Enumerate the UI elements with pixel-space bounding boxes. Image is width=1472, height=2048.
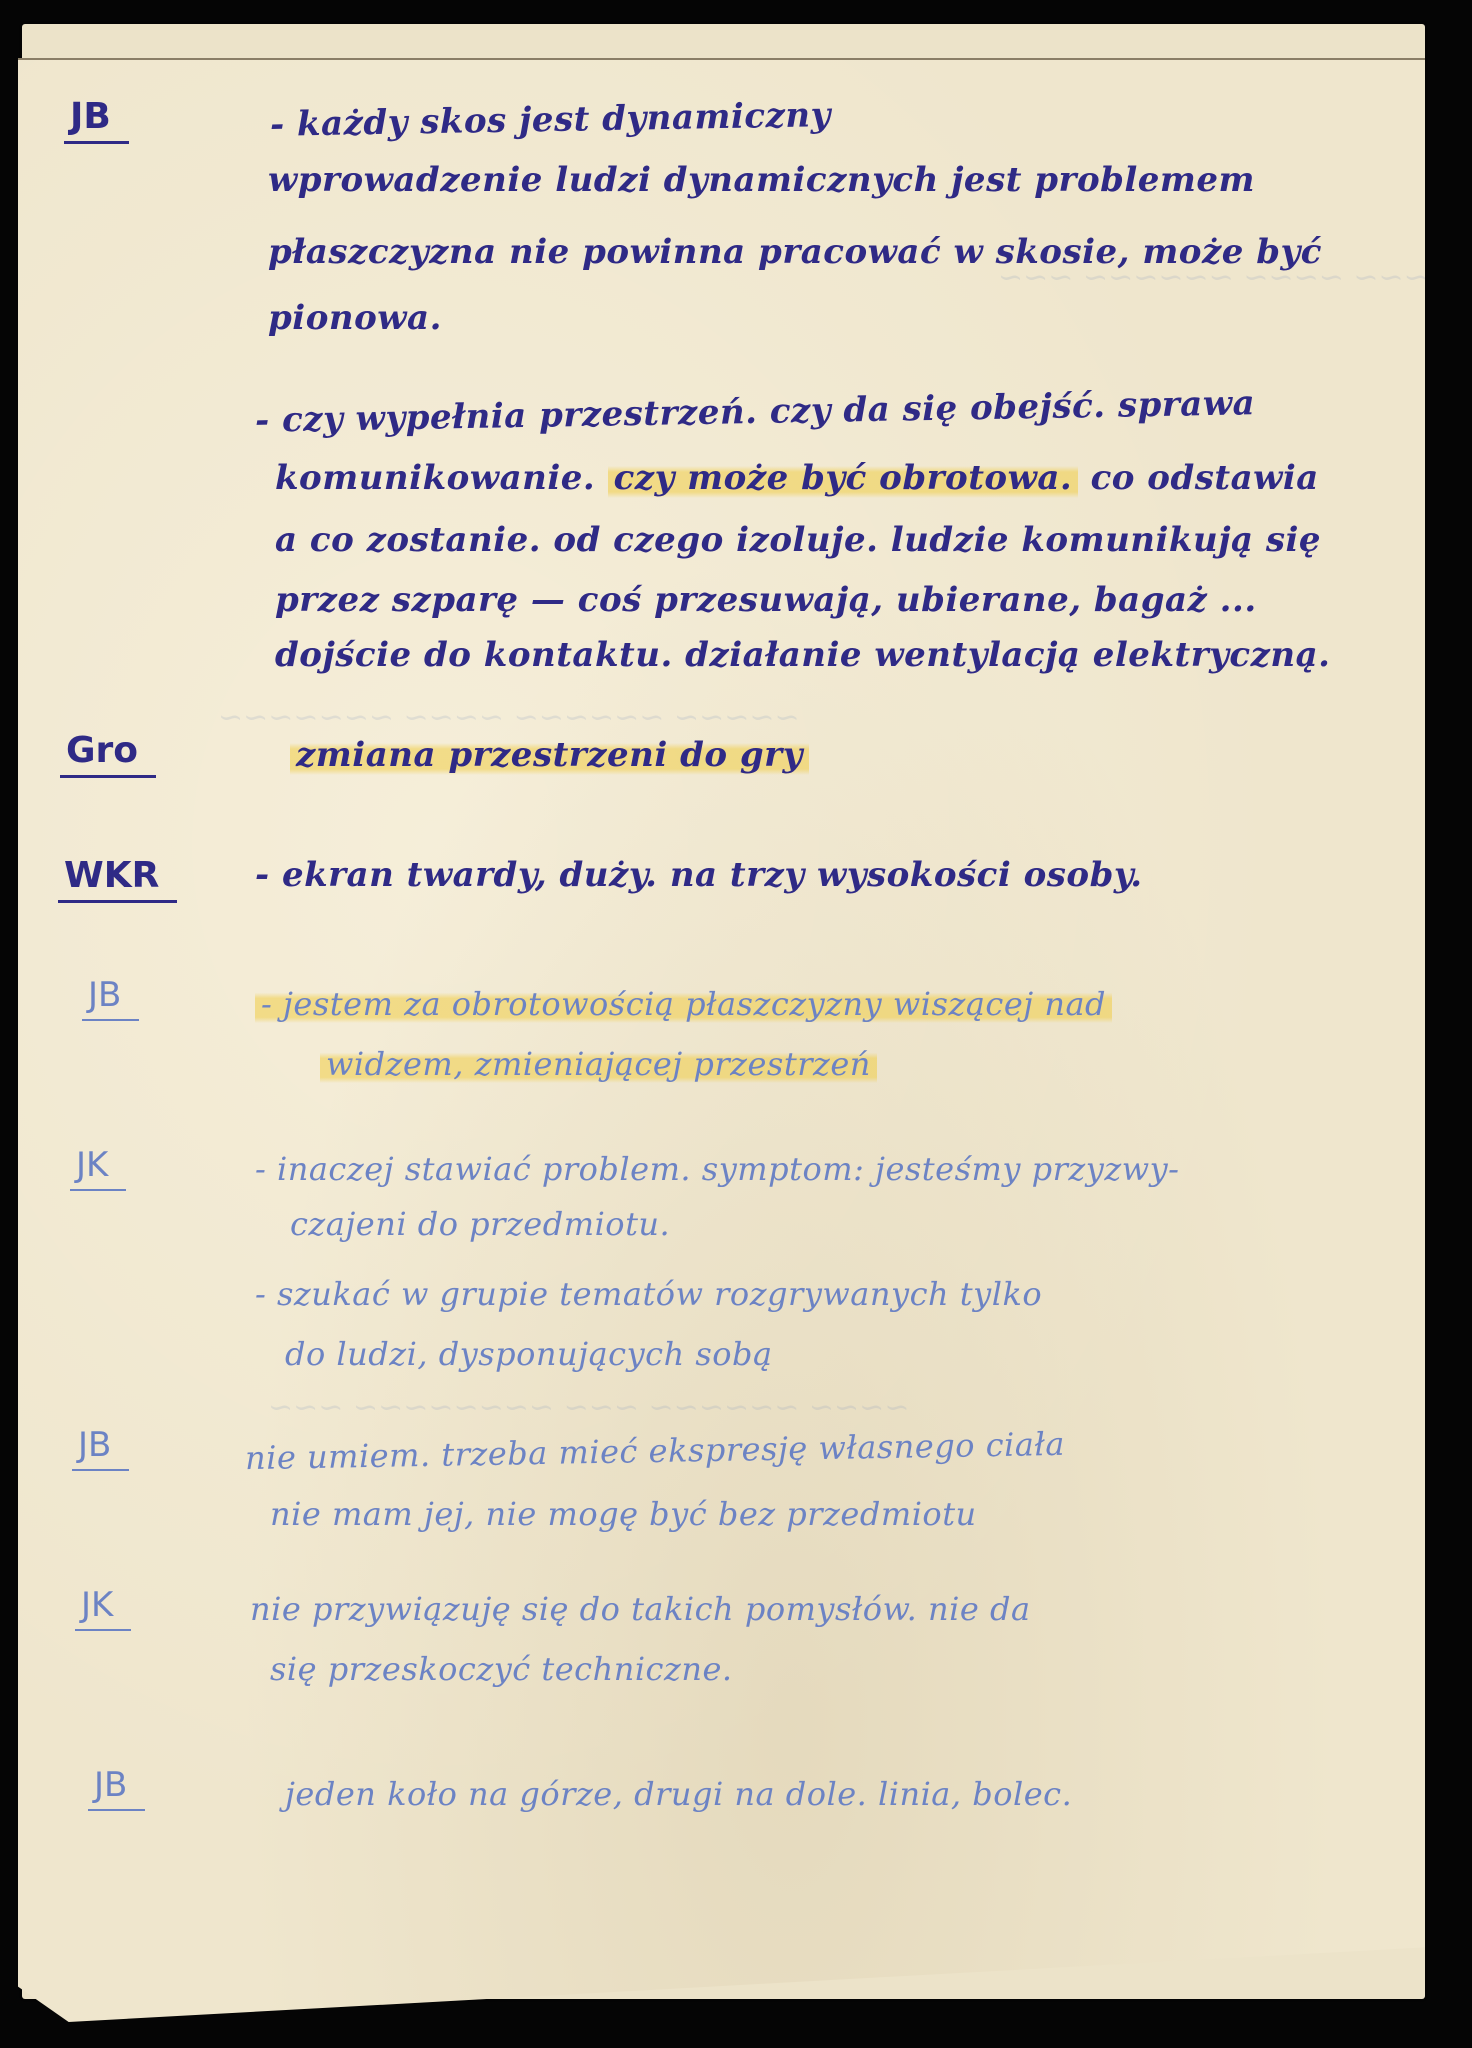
note-line: a co zostanie. od czego izoluje. ludzie … (275, 520, 1321, 560)
note-text: co odstawia (1091, 458, 1319, 498)
speaker-label: Gro (60, 730, 156, 778)
note-line: jeden koło na górze, drugi na dole. lini… (285, 1775, 1072, 1813)
highlighted-text: zmiana przestrzeni do gry (290, 735, 809, 775)
bleed-through-text: ~~~~~ ~~~~~~ ~~~~ ~~~~~~~ (218, 700, 800, 735)
speaker-label: JB (88, 1765, 145, 1811)
speaker-label: JB (64, 96, 129, 144)
highlighted-text: widzem, zmieniającej przestrzeń (320, 1045, 877, 1083)
note-line: do ludzi, dysponujących sobą (285, 1335, 773, 1373)
highlighted-text: czy może być obrotowa. (608, 458, 1079, 498)
note-line: czajeni do przedmiotu. (290, 1205, 670, 1243)
speaker-label: JK (75, 1585, 131, 1631)
note-line: pionowa. (268, 298, 442, 338)
note-line: dojście do kontaktu. działanie wentylacj… (275, 635, 1330, 675)
note-line: - szukać w grupie tematów rozgrywanych t… (255, 1275, 1042, 1313)
front-sheet: ~~~ ~~~~ ~~~~~~ ~~~ ~~~~~ ~~~~~~ ~~~~ ~~… (18, 58, 1425, 2022)
note-line-highlighted: widzem, zmieniającej przestrzeń (320, 1045, 877, 1083)
note-line: płaszczyzna nie powinna pracować w skosi… (268, 232, 1322, 272)
highlighted-text: - jestem za obrotowością płaszczyzny wis… (255, 985, 1112, 1023)
note-line: przez szparę — coś przesuwają, ubierane,… (275, 580, 1257, 620)
speaker-label: JB (72, 1425, 129, 1471)
speaker-label: JB (82, 975, 139, 1021)
note-line: nie przywiązuję się do takich pomysłów. … (250, 1590, 1031, 1628)
note-line: - ekran twardy, duży. na trzy wysokości … (255, 855, 1143, 895)
note-line-highlighted: - jestem za obrotowością płaszczyzny wis… (255, 985, 1112, 1023)
note-line: - inaczej stawiać problem. symptom: jest… (255, 1150, 1179, 1188)
note-line-highlighted: zmiana przestrzeni do gry (290, 735, 809, 775)
speaker-label: WKR (58, 855, 177, 903)
bleed-through-text: ~~~~ ~~~~~~ ~~~ ~~~~~~~~ ~~~ (268, 1390, 909, 1425)
note-text: komunikowanie. (275, 458, 595, 498)
note-line: się przeskoczyć techniczne. (270, 1650, 733, 1688)
note-line-with-highlight: komunikowanie. czy może być obrotowa. co… (275, 458, 1319, 498)
speaker-label: JK (70, 1145, 126, 1191)
note-line: nie mam jej, nie mogę być bez przedmiotu (270, 1495, 977, 1533)
note-line: wprowadzenie ludzi dynamicznych jest pro… (268, 160, 1255, 200)
